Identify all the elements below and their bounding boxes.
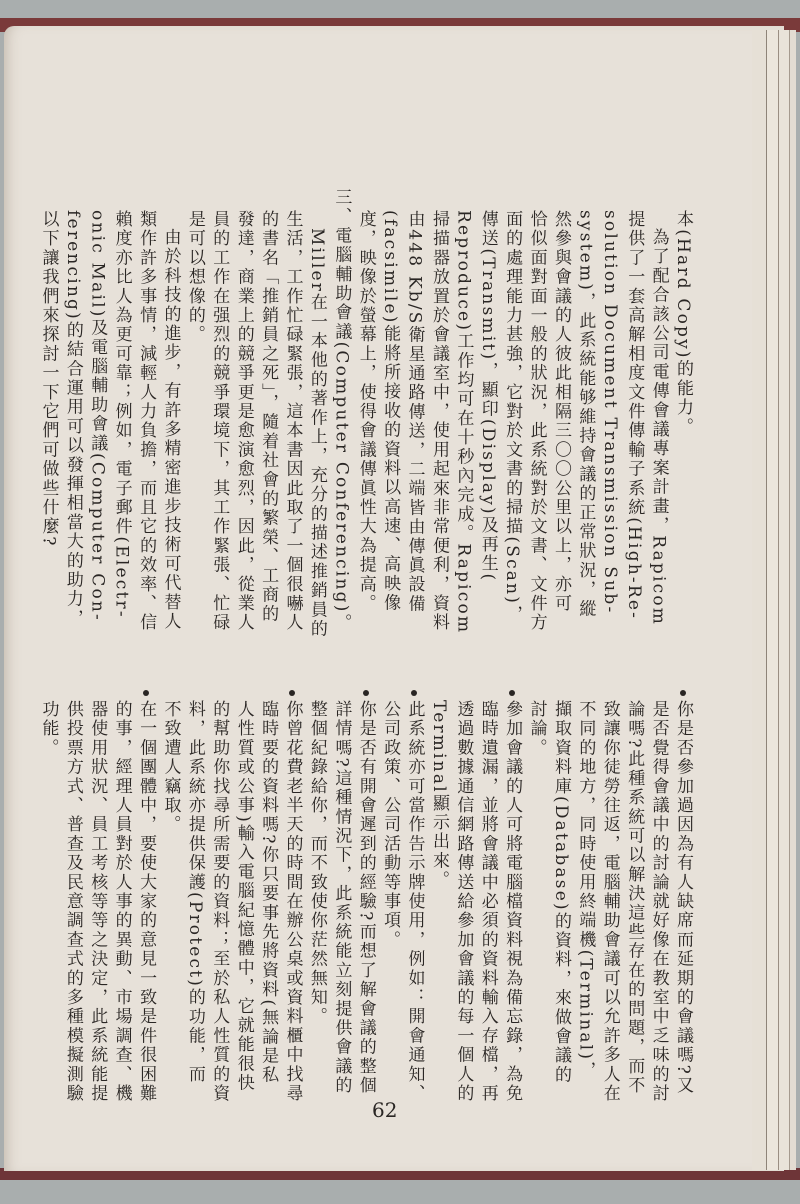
text-column: system)，此系統能够維持會議的正常狀況，縱 xyxy=(573,210,597,650)
bullet-item: 你是否參加過因為有人缺席而延期的會議嗎?又 xyxy=(671,700,695,1100)
text-column: Reproduce)工作均可在十秒內完成。Rapicom xyxy=(451,210,475,650)
text-column: 以下讓我們來探討一下它們可做些什麼? xyxy=(36,210,60,650)
page-stack-edges xyxy=(752,30,796,1170)
bullet-continuation: 透過數據通信網路傳送給參加會議的每一個人的 xyxy=(451,700,475,1100)
bullet-continuation: 供投票方式、普查及民意調查式的多種模擬測驗 xyxy=(60,700,84,1100)
text-column: 傳送(Transmit)，顯印(Display)及再生( xyxy=(475,210,499,650)
text-column: 度，映像於螢幕上，使得會議傳眞性大為提高。 xyxy=(353,210,377,650)
bullet-continuation: 器使用狀況、員工考核等等之決定，此系統能提 xyxy=(85,700,109,1100)
text-column: 的書名「推銷員之死」，隨着社會的繁榮、工商的 xyxy=(256,210,280,650)
bottom-bullet-section: 你是否參加過因為有人缺席而延期的會議嗎?又 是否覺得會議中的討論就好像在教室中乏… xyxy=(70,700,695,1100)
text-column: 生活，工作忙碌緊張，這本書因此取了一個很嚇人 xyxy=(280,210,304,650)
bullet-continuation: 擷取資料庫(Database)的資料，來做會議的 xyxy=(549,700,573,1100)
text-column: Miller在一本他的著作上，充分的描述推銷員的 xyxy=(305,210,329,650)
bullet-continuation: 人性質或公事)輸入電腦紀憶體中，它就能很快 xyxy=(231,700,255,1100)
text-column: 為了配合該公司電傳會議專案計畫，Rapicom xyxy=(646,210,670,650)
text-column: 發達，商業上的競爭更是愈演愈烈，因此，從業人 xyxy=(231,210,255,650)
text-column: 由448 Kb/S衛星通路傳送，二端皆由傳眞設備 xyxy=(402,210,426,650)
page-number: 62 xyxy=(372,1098,397,1122)
bullet-item: 你曾花費老半天的時間在辦公桌或資料櫃中找尋 xyxy=(280,700,304,1100)
text-column: 本(Hard Copy)的能力。 xyxy=(671,210,695,650)
bullet-continuation: Terminal顯示出來。 xyxy=(427,700,451,1100)
bullet-continuation: 料，此系統亦提供保護(Protect)的功能，而 xyxy=(182,700,206,1100)
bullet-continuation: 臨時要的資料嗎?你只要事先將資料(無論是私 xyxy=(256,700,280,1100)
bullet-item: 在一個團體中，要使大家的意見一致是件很困難 xyxy=(134,700,158,1100)
bullet-continuation: 論嗎?此種系統可以解決這些存在的問題，而不 xyxy=(622,700,646,1100)
text-column: 面的處理能力甚強，它對於文書的掃描(Scan)， xyxy=(500,210,524,650)
section-heading: 三、電腦輔助會議(Computer Conferencing)。 xyxy=(329,188,353,650)
text-column: 由於科技的進步，有許多精密進步技術可代替人 xyxy=(158,210,182,650)
text-column: solution Document Transmission Sub- xyxy=(597,210,621,650)
bullet-item: 參加會議的人可將電腦檔資料視為備忘錄，為免 xyxy=(500,700,524,1100)
top-text-section: 本(Hard Copy)的能力。 為了配合該公司電傳會議專案計畫，Rapicom… xyxy=(70,210,695,650)
text-column: 掃描器放置於會議室中，使用起來非常便利，資料 xyxy=(427,210,451,650)
text-column: 提供了一套高解相度文件傳輸子系統(High-Re- xyxy=(622,210,646,650)
bullet-item: 此系統亦可當作告示牌使用，例如：開會通知、 xyxy=(402,700,426,1100)
bullet-continuation: 臨時遺漏，並將會議中必須的資料輸入存檔，再 xyxy=(475,700,499,1100)
bullet-continuation: 的事，經理人員對於人事的異動、市場調查、機 xyxy=(109,700,133,1100)
bullet-continuation: 是否覺得會議中的討論就好像在教室中乏味的討 xyxy=(646,700,670,1100)
bullet-continuation: 功能。 xyxy=(36,700,60,1100)
text-column: onic Mail)及電腦輔助會議(Computer Con- xyxy=(85,210,109,650)
text-column: ferencing)的結合運用可以發揮相當大的助力， xyxy=(60,210,84,650)
text-column: 員的工作在强烈的競爭環境下，其工作緊張、忙碌 xyxy=(207,210,231,650)
bullet-continuation: 的幫助你找尋所需要的資料；至於私人性質的資 xyxy=(207,700,231,1100)
bullet-continuation: 致讓你徒勞往返，電腦輔助會議可以允許多人在 xyxy=(597,700,621,1100)
text-column: (facsimile)能將所接收的資料以高速、高映像 xyxy=(378,210,402,650)
text-column: 是可以想像的。 xyxy=(182,210,206,650)
bullet-item: 你是否有開會遲到的經驗?而想了解會議的整個 xyxy=(353,700,377,1100)
bullet-continuation: 公司政策、公司活動等事項。 xyxy=(378,700,402,1100)
bullet-continuation: 討論。 xyxy=(524,700,548,1100)
text-column: 類作許多事情，減輕人力負擔，而且它的效率、信 xyxy=(134,210,158,650)
text-column: 賴度亦比人為更可靠；例如，電子郵件(Electr- xyxy=(109,210,133,650)
bullet-continuation: 詳情嗎?這種情況下，此系統能立刻提供會議的 xyxy=(329,700,353,1100)
text-column: 然參與會議的人彼此相隔三〇〇公里以上，亦可 xyxy=(549,210,573,650)
text-column: 恰似面對面一般的狀況，此系統對於文書、文件方 xyxy=(524,210,548,650)
bullet-continuation: 整個紀錄給你，而不致使你茫然無知。 xyxy=(305,700,329,1100)
bullet-continuation: 不同的地方，同時使用終端機(Terminal)， xyxy=(573,700,597,1100)
bullet-continuation: 不致遭人竊取。 xyxy=(158,700,182,1100)
